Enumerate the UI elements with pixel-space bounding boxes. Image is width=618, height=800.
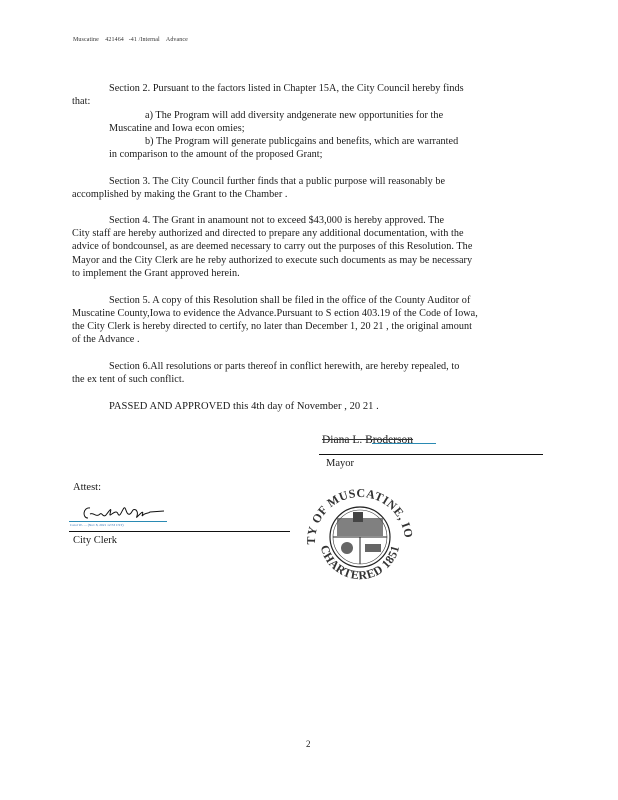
section-4-line-3: advice of bondcounsel, as are deemed nec… xyxy=(72,241,472,253)
section-5-line-1: Section 5. A copy of this Resolution sha… xyxy=(109,295,470,307)
section-2-item-b-line-1: b) The Program will generate publicgains… xyxy=(145,136,458,148)
clerk-signature-underline xyxy=(69,521,167,522)
section-2-item-a-line-1: a) The Program will add diversity andgen… xyxy=(145,110,443,122)
section-4-line-4: Mayor and the City Clerk are he reby aut… xyxy=(72,255,472,267)
section-4-line-5: to implement the Grant approved herein. xyxy=(72,268,240,280)
section-6-line-1: Section 6.All resolutions or parts there… xyxy=(109,361,459,373)
document-page: Muscatine 421464 -41 /Internal Advance S… xyxy=(0,0,618,800)
section-5-line-4: of the Advance . xyxy=(72,334,140,346)
section-2-item-b-line-2: in comparison to the amount of the propo… xyxy=(109,149,323,161)
section-5-line-3: the City Clerk is hereby directed to cer… xyxy=(72,321,472,333)
mayor-signature-line xyxy=(319,454,543,455)
page-number: 2 xyxy=(306,739,311,749)
section-6-line-2: the ex tent of such conflict. xyxy=(72,374,184,386)
passed-and-approved: PASSED AND APPROVED this 4th day of Nove… xyxy=(109,401,379,413)
mayor-title: Mayor xyxy=(326,458,354,469)
document-header: Muscatine 421464 -41 /Internal Advance xyxy=(73,37,188,43)
section-3-line-1: Section 3. The City Council further find… xyxy=(109,176,445,188)
clerk-signature-line xyxy=(69,531,290,532)
mayor-signature-underline xyxy=(372,443,436,444)
city-seal-icon: CITY OF MUSCATINE, IOWA CHARTERED 1851 xyxy=(301,478,419,596)
section-3-line-2: accomplished by making the Grant to the … xyxy=(72,189,287,201)
section-4-line-1: Section 4. The Grant in anamount not to … xyxy=(109,215,444,227)
clerk-signature-caption: Carol W.. ... (Nov 8, 2021 12:53 CST) xyxy=(70,523,124,527)
attest-label: Attest: xyxy=(73,482,101,493)
section-2-line-2: that: xyxy=(72,96,90,108)
clerk-title: City Clerk xyxy=(73,535,117,546)
section-5-line-2: Muscatine County,Iowa to evidence the Ad… xyxy=(72,308,478,320)
section-2-line-1: Section 2. Pursuant to the factors liste… xyxy=(109,83,464,95)
section-4-line-2: City staff are hereby authorized and dir… xyxy=(72,228,464,240)
mayor-signature[interactable]: Diana L. Broderson xyxy=(322,434,413,446)
section-2-item-a-line-2: Muscatine and Iowa econ omies; xyxy=(109,123,245,135)
